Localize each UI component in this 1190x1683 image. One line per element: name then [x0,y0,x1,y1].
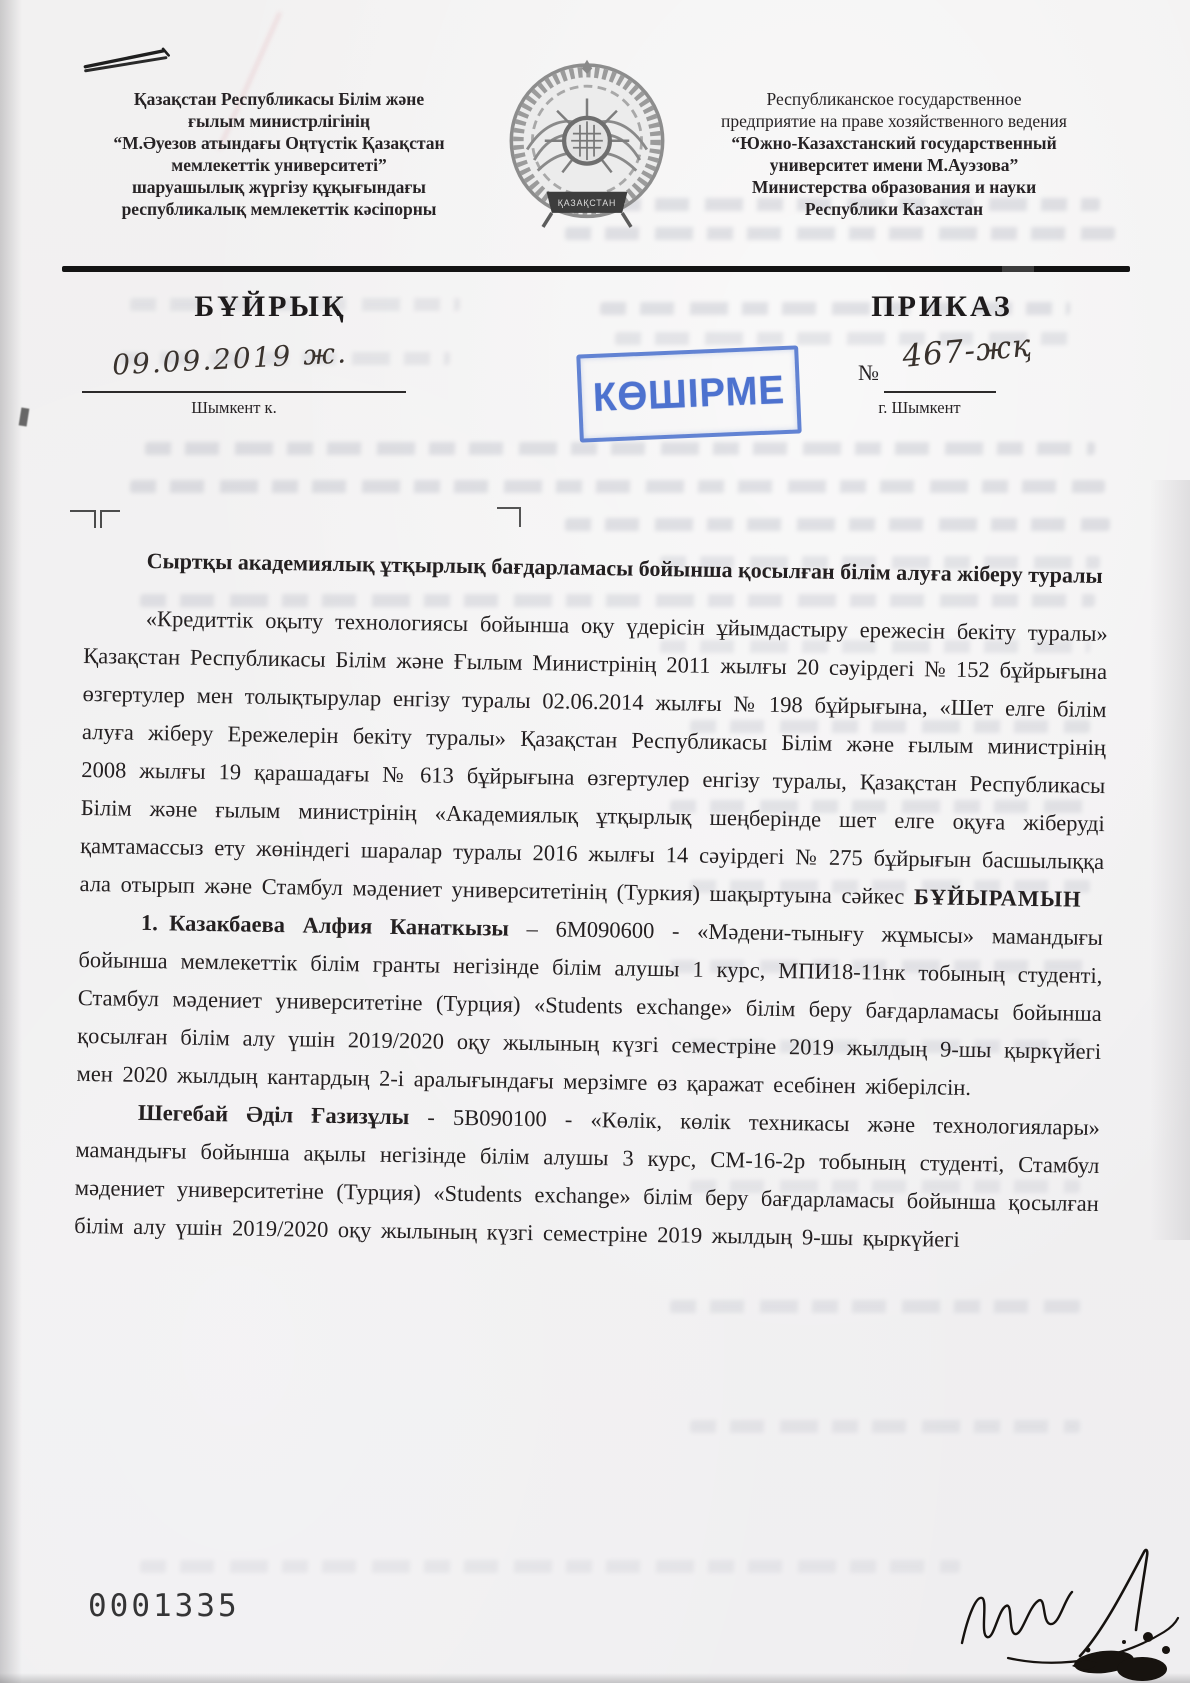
number-sign: № [858,360,879,386]
header-line: республикалық мемлекеттік кәсіпорны [78,198,480,220]
number-underline [884,391,996,393]
intro-paragraph: «Кредиттік оқыту технологиясы бойынша оқ… [79,599,1108,919]
order-subject: Сыртқы академиялық ұтқырлық бағдарламасы… [84,542,1108,593]
header-line: университет имени М.Ауэзова” [650,154,1138,176]
header-line: Республики Казахстан [650,198,1138,220]
bleed-through-text [140,1560,960,1573]
item1-student-name: Казакбаева Алфия Канаткызы [169,910,509,940]
header-line: шаруашылық жүргізу құқығындағы [78,176,480,198]
bleed-through-text [670,1300,1080,1313]
item1-text: – 6М090600 - «Мәдени-тынығу жұмысы» мама… [76,916,1103,1100]
header-line: предприятие на праве хозяйственного веде… [650,110,1138,132]
header-university-kk: Қазақстан Республикасы Білім және ғылым … [78,88,480,220]
header-line: Қазақстан Республикасы Білім және [78,88,480,110]
edge-ink-mark [19,407,30,426]
item2-student-name: Шегебай Әділ Ғазизұлы [138,1100,410,1129]
bleed-through-text [565,518,1110,531]
crop-mark [70,510,96,528]
order-body: Сыртқы академиялық ұтқырлық бағдарламасы… [74,542,1109,1261]
header-line: Республиканское государственное [650,88,1138,110]
bleed-through-text [145,442,1095,455]
item2-paragraph: Шегебай Әділ Ғазизұлы - 5В090100 - «Көлі… [74,1093,1100,1261]
header-line: “Южно-Казахстанский государственный [650,132,1138,154]
item1-number: 1. [141,910,158,935]
header-line: “М.Әуезов атындағы Оңтүстік Қазақстан [78,132,480,154]
crop-mark [100,510,120,528]
bleed-through-text [130,480,1105,493]
city-label-kk: Шымкент к. [62,398,406,418]
header-university-ru: Республиканское государственное предприя… [650,88,1138,220]
copy-stamp-text: КӨШІРМЕ [592,367,786,420]
bleed-through-text [690,1420,1080,1433]
staple-mark [79,42,177,80]
header-line: мемлекеттік университеті” [78,154,480,176]
serial-number: 0001335 [88,1588,240,1624]
city-label-ru: г. Шымкент [842,398,997,418]
resolve-word: БҰЙЫРАМЫН [914,884,1082,912]
order-title-kk: БҰЙРЫҚ [168,290,373,324]
paper-edge-shadow-left [0,0,22,1683]
header-line: ғылым министрлігінің [78,110,480,132]
paper-edge-shadow-right [1150,480,1190,1240]
order-title-ru: ПРИКАЗ [842,290,1042,324]
date-underline [82,391,406,393]
signature [952,1538,1188,1683]
header-line: Министерства образования и науки [650,176,1138,198]
header-divider-rule [62,266,1130,272]
crop-mark [497,507,521,527]
svg-text:ҚАЗАҚСТАН: ҚАЗАҚСТАН [558,198,616,208]
emblem-kazakhstan-icon: ҚАЗАҚСТАН [499,58,675,234]
handwritten-order-number: 467-жқ [901,317,1153,375]
item1-paragraph: 1. Казакбаева Алфия Канаткызы – 6М090600… [76,903,1103,1109]
copy-stamp: КӨШІРМЕ [576,345,801,442]
intro-text: «Кредиттік оқыту технологиясы бойынша оқ… [79,606,1107,909]
handwritten-date: 09.09.2019 ж. [111,333,402,381]
scanned-order-document: { "header": { "left_lines": [ "Қазақстан… [0,0,1190,1683]
